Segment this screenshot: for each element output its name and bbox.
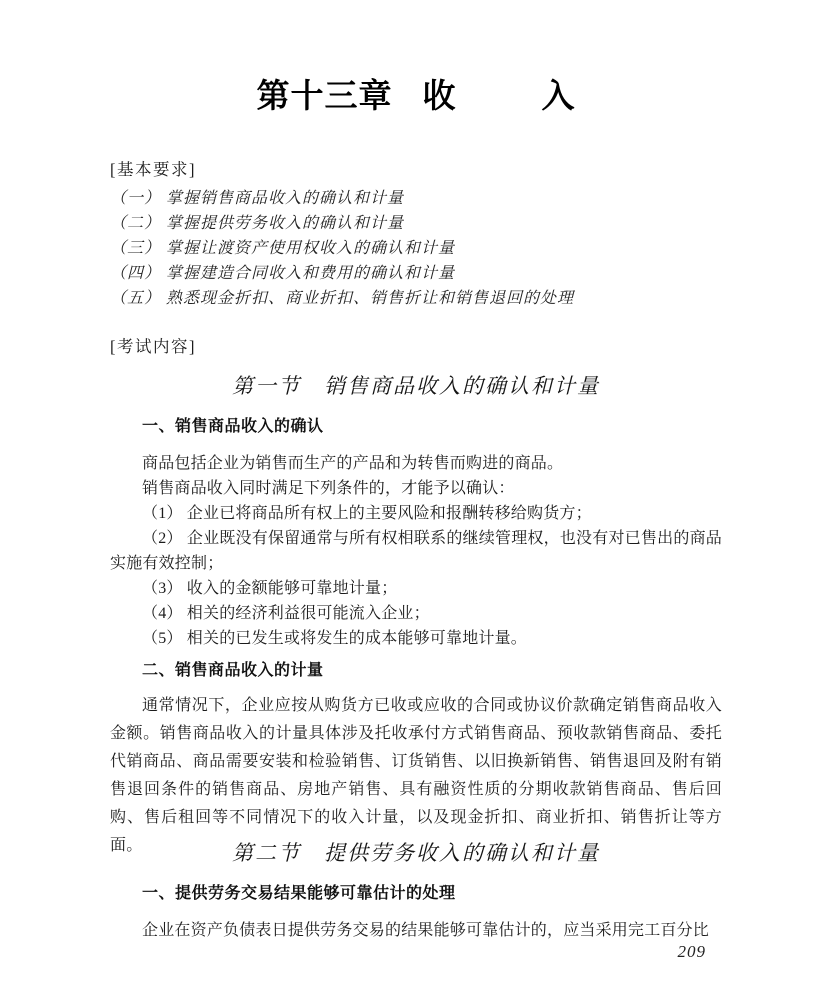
page-number: 209	[110, 942, 722, 962]
textbook-page: 第十三章收入 [基本要求] （一） 掌握销售商品收入的确认和计量 （二） 掌握提…	[0, 0, 823, 984]
condition-item-5: （5） 相关的已发生或将发生的成本能够可靠地计量。	[110, 626, 722, 651]
paragraph-measurement: 通常情况下，企业应按从购货方已收或应收的合同或协议价款确定销售商品收入金额。销售…	[110, 692, 722, 860]
chapter-title-char-2: 入	[542, 79, 576, 115]
section-2-title: 第二节 提供劳务收入的确认和计量	[110, 838, 722, 868]
chapter-number: 第十三章	[257, 79, 393, 115]
basic-requirements-heading: [基本要求]	[110, 159, 722, 181]
condition-item-1: （1） 企业已将商品所有权上的主要风险和报酬转移给购货方；	[110, 501, 722, 526]
paragraph-service-revenue: 企业在资产负债表日提供劳务交易的结果能够可靠估计的，应当采用完工百分比	[110, 918, 722, 943]
paragraph-goods-definition: 商品包括企业为销售而生产的产品和为转售而购进的商品。	[110, 451, 722, 476]
paragraph-conditions-intro: 销售商品收入同时满足下列条件的，才能予以确认：	[110, 476, 722, 501]
requirement-item-3: （三） 掌握让渡资产使用权收入的确认和计量	[110, 236, 722, 261]
condition-item-3: （3） 收入的金额能够可靠地计量；	[110, 576, 722, 601]
requirement-item-4: （四） 掌握建造合同收入和费用的确认和计量	[110, 261, 722, 286]
chapter-title-char-1: 收	[423, 79, 457, 115]
chapter-title: 第十三章收入	[110, 74, 722, 120]
exam-content-heading: [考试内容]	[110, 336, 722, 358]
section-1-subheading-1: 一、销售商品收入的确认	[110, 415, 722, 439]
section-2-subheading-1: 一、提供劳务交易结果能够可靠估计的处理	[110, 882, 722, 906]
section-1-title: 第一节 销售商品收入的确认和计量	[110, 371, 722, 401]
requirement-item-2: （二） 掌握提供劳务收入的确认和计量	[110, 211, 722, 236]
requirement-item-1: （一） 掌握销售商品收入的确认和计量	[110, 186, 722, 211]
condition-item-2: （2） 企业既没有保留通常与所有权相联系的继续管理权，也没有对已售出的商品实施有…	[110, 526, 722, 576]
recognition-conditions-list: （1） 企业已将商品所有权上的主要风险和报酬转移给购货方； （2） 企业既没有保…	[110, 501, 722, 651]
condition-item-4: （4） 相关的经济利益很可能流入企业；	[110, 601, 722, 626]
requirement-item-5: （五） 熟悉现金折扣、商业折扣、销售折让和销售退回的处理	[110, 286, 722, 311]
basic-requirements-list: （一） 掌握销售商品收入的确认和计量 （二） 掌握提供劳务收入的确认和计量 （三…	[110, 186, 722, 311]
section-1-subheading-2: 二、销售商品收入的计量	[110, 659, 722, 683]
